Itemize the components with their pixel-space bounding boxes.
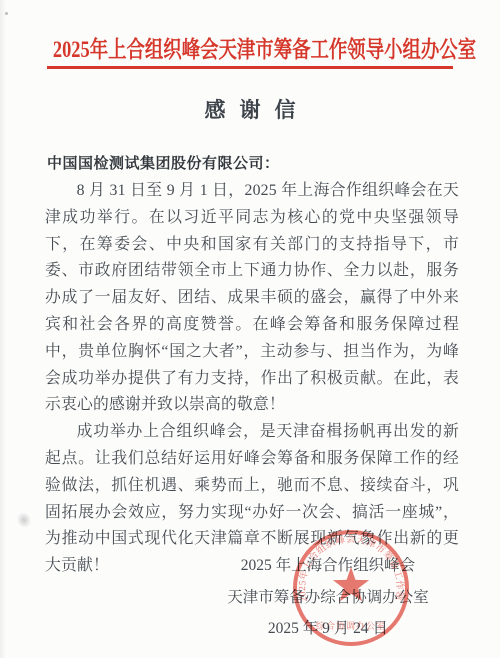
seal-bottom-text: 综合协调办公室 bbox=[316, 620, 386, 631]
paragraph-1: 8 月 31 日至 9 月 1 日，2025 年上海合作组织峰会在天津成功举行。… bbox=[45, 178, 459, 419]
scan-smudge bbox=[15, 510, 34, 530]
letterhead-rule bbox=[47, 66, 453, 69]
star-icon bbox=[333, 567, 369, 601]
scan-speck bbox=[5, 12, 8, 15]
letter-body: 8 月 31 日至 9 月 1 日，2025 年上海合作组织峰会在天津成功举行。… bbox=[45, 178, 459, 580]
letter-page: 2025年上合组织峰会天津市筹备工作领导小组办公室 感谢信 中国国检测试集团股份… bbox=[0, 0, 500, 658]
letterhead: 2025年上合组织峰会天津市筹备工作领导小组办公室 bbox=[0, 31, 500, 64]
salutation: 中国国检测试集团股份有限公司： bbox=[47, 152, 280, 173]
letterhead-title: 2025年上合组织峰会天津市筹备工作领导小组办公室 bbox=[53, 31, 476, 64]
letter-title: 感谢信 bbox=[0, 94, 500, 124]
official-seal: 2025年上合组织峰会天津市筹备工作领导小组办公室 综合协调办公室 bbox=[289, 526, 413, 650]
